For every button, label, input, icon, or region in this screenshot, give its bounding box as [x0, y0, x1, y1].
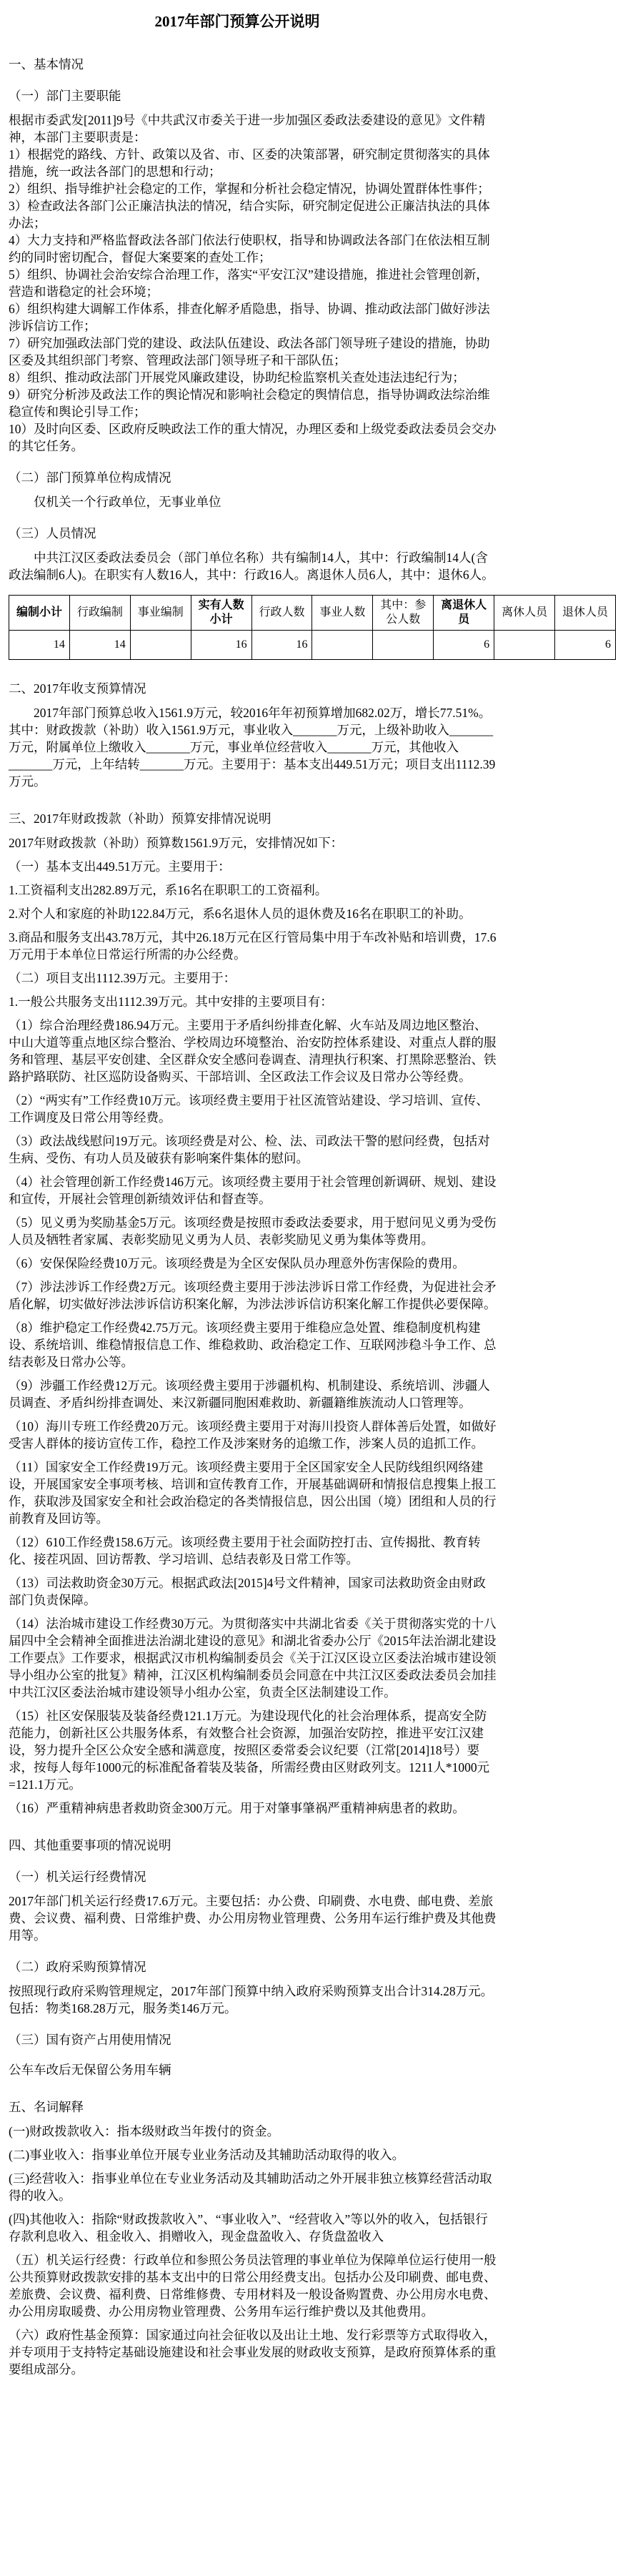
term-definition-1: (一)财政拨款收入：指本级财政当年拨付的资金。	[9, 2123, 497, 2140]
td-cangong-headcount	[373, 631, 434, 660]
section1-sub2-heading: （二）部门预算单位构成情况	[9, 469, 497, 486]
procurement-paragraph: 按照现行政府采购管理规定，2017年部门预算中纳入政府采购预算支出合计314.2…	[9, 1983, 497, 2017]
basic-expense-item-2: 2.对个人和家庭的补助122.84万元，系6名退休人员的退休费及16名在职职工的…	[9, 905, 497, 922]
section4-sub2-heading: （二）政府采购预算情况	[9, 1958, 497, 1975]
function-item-2: 2）组织、指导维护社会稳定的工作，掌握和分析社会稳定情况，协调处置群体性事件；	[9, 180, 497, 197]
basic-expense-heading: （一）基本支出449.51万元。主要用于：	[9, 858, 497, 875]
section1-sub3-heading: （三）人员情况	[9, 525, 497, 542]
basic-expense-item-3: 3.商品和服务支出43.78万元，其中26.18万元在区行管局集中用于车改补贴和…	[9, 929, 497, 963]
budget-document: 2017年部门预算公开说明 一、基本情况 （一）部门主要职能 根据市委武发[20…	[0, 0, 623, 2576]
section2-summary-paragraph: 2017年部门预算总收入1561.9万元，较2016年年初预算增加682.02万…	[9, 704, 497, 790]
th-retired-total: 离退休人员	[434, 596, 494, 631]
staff-table: 编制小计 行政编制 事业编制 实有人数小计 行政人数 事业人数 其中：参公人数 …	[9, 595, 616, 660]
project-item-12: （12）610工作经费158.6万元。该项经费主要用于社会面防控打击、宣传揭批、…	[9, 1534, 497, 1568]
td-retired-total: 6	[434, 631, 494, 660]
th-lixiu-headcount: 离休人员	[494, 596, 555, 631]
section3-intro-paragraph: 2017年财政拨款（补助）预算数1561.9万元，安排情况如下：	[9, 834, 497, 852]
project-expense-intro: 1.一般公共服务支出1112.39万元。其中安排的主要项目有：	[9, 993, 497, 1010]
th-admin-establishment: 行政编制	[69, 596, 130, 631]
document-title: 2017年部门预算公开说明	[9, 11, 466, 31]
td-admin-headcount: 16	[251, 631, 312, 660]
th-establishment-subtotal: 编制小计	[9, 596, 70, 631]
state-assets-paragraph: 公车车改后无保留公务用车辆	[9, 2061, 497, 2078]
th-tuixiu-headcount: 退休人员	[555, 596, 616, 631]
section3-heading: 三、2017年财政拨款（补助）预算安排情况说明	[9, 810, 497, 827]
term-definition-3: (三)经营收入：指事业单位在专业业务活动及其辅助活动之外开展非独立核算经营活动取…	[9, 2170, 497, 2204]
td-lixiu-headcount	[494, 631, 555, 660]
section4-sub3-heading: （三）国有资产占用使用情况	[9, 2031, 497, 2048]
budget-unit-composition-text: 仅机关一个行政单位，无事业单位	[9, 493, 497, 510]
project-item-3: （3）政法战线慰问19万元。该项经费是对公、检、法、司政法干警的慰问经费，包括对…	[9, 1132, 497, 1167]
basic-expense-item-1: 1.工资福利支出282.89万元，系16名在职职工的工资福利。	[9, 882, 497, 899]
project-item-16: （16）严重精神病患者救助资金300万元。用于对肇事肇祸严重精神病患者的救助。	[9, 1800, 497, 1817]
project-item-11: （11）国家安全工作经费19万元。该项经费主要用于全区国家安全人民防线组织网络建…	[9, 1459, 497, 1527]
project-item-7: （7）涉法涉诉工作经费2万元。该项经费主要用于涉法涉诉日常工作经费，为促进社会矛…	[9, 1278, 497, 1313]
function-item-4: 4）大力支持和严格监督政法各部门依法行使职权，指导和协调政法各部门在依法相互制约…	[9, 232, 497, 266]
staff-table-header-row: 编制小计 行政编制 事业编制 实有人数小计 行政人数 事业人数 其中：参公人数 …	[9, 596, 616, 631]
section1-heading: 一、基本情况	[9, 56, 497, 73]
project-item-2: （2）“两实有”工作经费10万元。该项经费主要用于社区流管站建设、学习培训、宣传…	[9, 1092, 497, 1126]
project-item-1: （1）综合治理经费186.94万元。主要用于矛盾纠纷排查化解、火车站及周边地区整…	[9, 1017, 497, 1085]
th-career-establishment: 事业编制	[130, 596, 191, 631]
project-item-10: （10）海川专班工作经费20万元。该项经费主要用于对海川投资人群体善后处置，如做…	[9, 1418, 497, 1452]
function-item-9: 9）研究分析涉及政法工作的舆论情况和影响社会稳定的舆情信息，指导协调政法综治维稳…	[9, 386, 497, 420]
td-tuixiu-headcount: 6	[555, 631, 616, 660]
td-career-headcount	[312, 631, 373, 660]
project-item-9: （9）涉疆工作经费12万元。该项经费主要用于涉疆机构、机制建设、系统培训、涉疆人…	[9, 1377, 497, 1411]
personnel-summary-text: 中共江汉区委政法委员会（部门单位名称）共有编制14人，其中：行政编制14人(含政…	[9, 549, 497, 583]
td-admin-establishment: 14	[69, 631, 130, 660]
th-career-headcount: 事业人数	[312, 596, 373, 631]
project-item-15: （15）社区安保服装及装备经费121.1万元。为建设现代化的社会治理体系，提高安…	[9, 1707, 497, 1793]
term-definition-2: (二)事业收入：指事业单位开展专业业务活动及其辅助活动取得的收入。	[9, 2146, 497, 2163]
section1-sub1-heading: （一）部门主要职能	[9, 87, 497, 104]
section4-heading: 四、其他重要事项的情况说明	[9, 1837, 497, 1854]
td-career-establishment	[130, 631, 191, 660]
function-item-5: 5）组织、协调社会治安综合治理工作，落实“平安江汉”建设措施，推进社会管理创新，…	[9, 266, 497, 300]
section4-sub1-heading: （一）机关运行经费情况	[9, 1868, 497, 1885]
project-item-8: （8）维护稳定工作经费42.75万元。该项经费主要用于维稳应急处置、维稳制度机构…	[9, 1319, 497, 1371]
function-item-8: 8）组织、推动政法部门开展党风廉政建设，协助纪检监察机关查处违法违纪行为；	[9, 369, 497, 386]
td-establishment-subtotal: 14	[9, 631, 70, 660]
project-item-5: （5）见义勇为奖励基金5万元。该项经费是按照市委政法委要求，用于慰问见义勇为受伤…	[9, 1214, 497, 1248]
function-item-10: 10）及时向区委、区政府反映政法工作的重大情况，办理区委和上级党委政法委员会交办…	[9, 420, 497, 455]
function-item-7: 7）研究加强政法部门党的建设、政法队伍建设、政法各部门领导班子建设的措施，协助区…	[9, 335, 497, 369]
project-item-4: （4）社会管理创新工作经费146万元。该项经费主要用于社会管理创新调研、规划、建…	[9, 1173, 497, 1208]
term-definition-4: (四)其他收入：指除“财政拨款收入”、“事业收入”、“经营收入”等以外的收入，包…	[9, 2211, 497, 2245]
project-item-6: （6）安保保险经费10万元。该项经费是为全区安保队员办理意外伤害保险的费用。	[9, 1255, 497, 1272]
section5-heading: 五、名词解释	[9, 2098, 497, 2116]
section2-heading: 二、2017年收支预算情况	[9, 680, 497, 697]
section1-intro-paragraph: 根据市委武发[2011]9号《中共武汉市委关于进一步加强区委政法委建设的意见》文…	[9, 112, 497, 146]
th-cangong-headcount: 其中：参公人数	[373, 596, 434, 631]
th-admin-headcount: 行政人数	[251, 596, 312, 631]
function-item-6: 6）组织构建大调解工作体系，排查化解矛盾隐患，指导、协调、推动政法部门做好涉法涉…	[9, 300, 497, 335]
project-item-13: （13）司法救助资金30万元。根据武政法[2015]4号文件精神，国家司法救助资…	[9, 1574, 497, 1609]
term-definition-6: （六）政府性基金预算：国家通过向社会征收以及出让土地、发行彩票等方式取得收入，并…	[9, 2326, 497, 2378]
td-actual-headcount-subtotal: 16	[191, 631, 251, 660]
project-item-14: （14）法治城市建设工作经费30万元。为贯彻落实中共湖北省委《关于贯彻落实党的十…	[9, 1615, 497, 1701]
term-definition-5: （五）机关运行经费：行政单位和参照公务员法管理的事业单位为保障单位运行使用一般公…	[9, 2251, 497, 2320]
function-item-3: 3）检查政法各部门公正廉洁执法的情况，结合实际，研究制定促进公正廉洁执法的具体办…	[9, 197, 497, 232]
operating-expense-paragraph: 2017年部门机关运行经费17.6万元。主要包括：办公费、印刷费、水电费、邮电费…	[9, 1892, 497, 1944]
function-item-1: 1）根据党的路线、方针、政策以及省、市、区委的决策部署，研究制定贯彻落实的具体措…	[9, 146, 497, 180]
th-actual-headcount-subtotal: 实有人数小计	[191, 596, 251, 631]
staff-table-data-row: 14 14 16 16 6 6	[9, 631, 616, 660]
project-expense-heading: （二）项目支出1112.39万元。主要用于：	[9, 969, 497, 987]
